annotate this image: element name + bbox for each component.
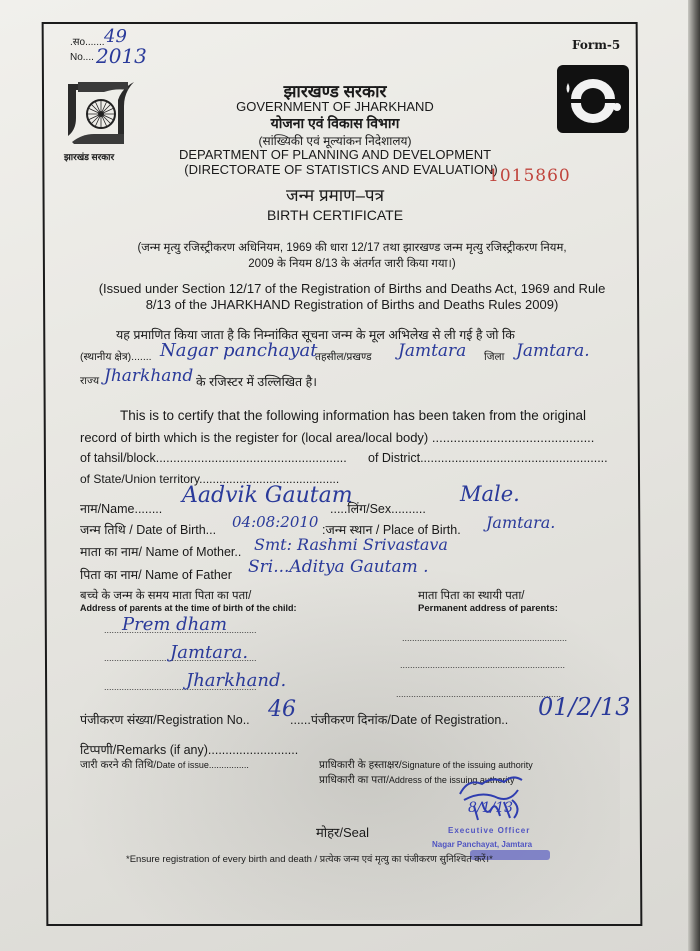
dob-label: जन्म तिथि / Date of Birth... [80,521,216,538]
district-label: जिला [484,350,504,364]
certify-english-line1: This is to certify that the following in… [120,408,586,423]
sex-value: Male. [460,482,520,506]
stamp-line-2: Nagar Panchayat, Jamtara [432,840,532,849]
name-value: Aadvik Gautam [182,483,353,508]
issued-under-hindi-1: (जन्म मृत्यु रजिस्ट्रीकरण अधिनियम, 1969 … [74,240,630,255]
permanent-address-label-english: Permanent address of parents: [418,603,558,614]
certificate-title-hindi: जन्म प्रमाण–पत्र [220,183,450,206]
ledger-no-value: 2013 [96,44,147,68]
name-label: नाम/Name........ [80,500,162,517]
birth-address-line-2: Jamtara. [170,642,248,663]
permanent-address-line-2: ........................................… [400,660,565,670]
issued-under-english-1: (Issued under Section 12/17 of the Regis… [74,281,630,296]
state-label: राज्य [80,374,99,388]
permanent-address-label-hindi: माता पिता का स्थायी पता/ [418,588,525,603]
seal-label: मोहर/Seal [316,823,369,841]
mother-label: माता का नाम/ Name of Mother.. [80,543,241,560]
paper-edge-shadow [688,0,700,951]
mother-value: Smt: Rashmi Srivastava [254,535,448,554]
district-value: Jamtara. [516,341,590,361]
signature-label: प्राधिकारी के हस्ताक्षर/Signature of the… [319,758,533,772]
date-of-issue-label-hindi: जारी करने की तिथि/ [80,759,156,771]
certificate-title-english: BIRTH CERTIFICATE [200,207,470,223]
date-of-issue-field: जारी करने की तिथि/Date of issue.........… [80,758,249,772]
signature-date: 8/1/13 [468,800,513,816]
district-field: of District.............................… [368,451,608,465]
local-area-value: Nagar panchayat [160,340,317,361]
authority-address-label-hindi: प्राधिकारी का पता/ [319,774,389,786]
permanent-address-line-1: ........................................… [402,633,567,643]
register-suffix: के रजिस्टर में उल्लिखित है। [196,373,317,390]
registration-date-label: ......पंजीकरण दिनांक/Date of Registratio… [290,711,508,728]
registration-date-value: 01/2/13 [538,693,631,721]
department-logo-icon [557,65,629,133]
gov-title-english: GOVERNMENT OF JHARKHAND [200,99,470,114]
dob-value: 04:08:2010 [232,513,318,531]
local-area-label: (स्थानीय क्षेत्र)....... [80,350,152,364]
dept-title-english: DEPARTMENT OF PLANNING AND DEVELOPMENT [170,147,500,162]
birth-address-label-english: Address of parents at the time of birth … [80,603,297,613]
issued-under-hindi-2: 2009 के नियम 8/13 के अंतर्गत जारी किया ग… [74,256,630,271]
form-number: Form-5 [572,38,620,52]
emblem-caption: झारखंड सरकार [64,150,114,163]
birth-address-line-3: Jharkhand. [186,670,286,691]
footer-note: *Ensure registration of every birth and … [126,852,493,865]
permanent-address-line-3: ........................................… [396,689,561,699]
pob-value: Jamtara. [486,513,555,532]
stamp-line-1: Executive Officer [448,826,530,835]
signature-label-english: Signature of the issuing authority [402,760,533,770]
dept-title-hindi: योजना एवं विकास विभाग [200,114,470,133]
birth-address-label-hindi: बच्चे के जन्म के समय माता पिता का पता/ [80,588,251,603]
father-value: Sri...Aditya Gautam . [248,557,429,577]
state-value: Jharkhand [104,366,193,386]
date-of-issue-label-english: Date of issue................ [156,760,249,770]
ledger-no-label: No.... [70,52,94,63]
remarks-field: टिप्पणी/Remarks (if any)................… [80,741,298,758]
certify-english-line2: record of birth which is the register fo… [80,430,594,445]
registration-no-label: पंजीकरण संख्या/Registration No.. [80,711,250,728]
birth-address-line-1: Prem dham [122,614,227,635]
jharkhand-emblem-icon [64,78,138,148]
signature-label-hindi: प्राधिकारी के हस्ताक्षर/ [319,759,402,771]
tehsil-value: Jamtara [398,341,466,361]
directorate-english: (DIRECTORATE OF STATISTICS AND EVALUATIO… [176,162,506,177]
sex-label: .....लिंग/Sex.......... [330,500,426,517]
tahsil-block-field: of tahsil/block.........................… [80,451,347,465]
father-label: पिता का नाम/ Name of Father [80,566,232,583]
tehsil-label: तहसील/प्रखण्ड [315,350,372,364]
issued-under-english-2: 8/13 of the JHARKHAND Registration of Bi… [74,297,630,312]
